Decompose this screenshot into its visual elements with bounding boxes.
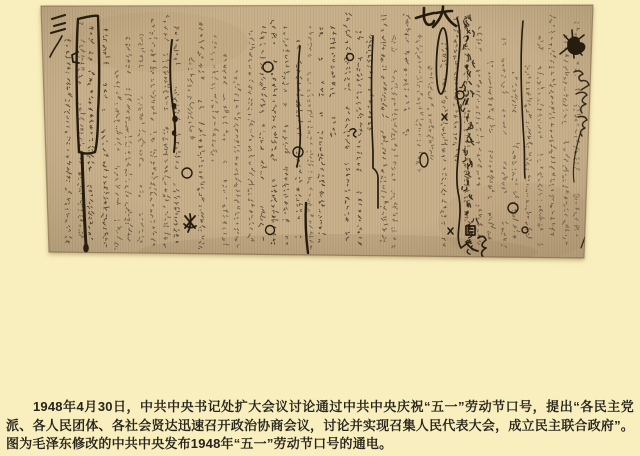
manuscript-image	[38, 2, 598, 260]
large-character-annotation-text: 七大	[38, 260, 39, 261]
caption: 1948年4月30日，中共中央书记处扩大会议讨论通过中共中央庆祝“五一”劳动节口…	[6, 398, 634, 454]
manuscript-photo: 七大 1	[38, 2, 598, 260]
page-number-text: 1	[38, 260, 39, 261]
